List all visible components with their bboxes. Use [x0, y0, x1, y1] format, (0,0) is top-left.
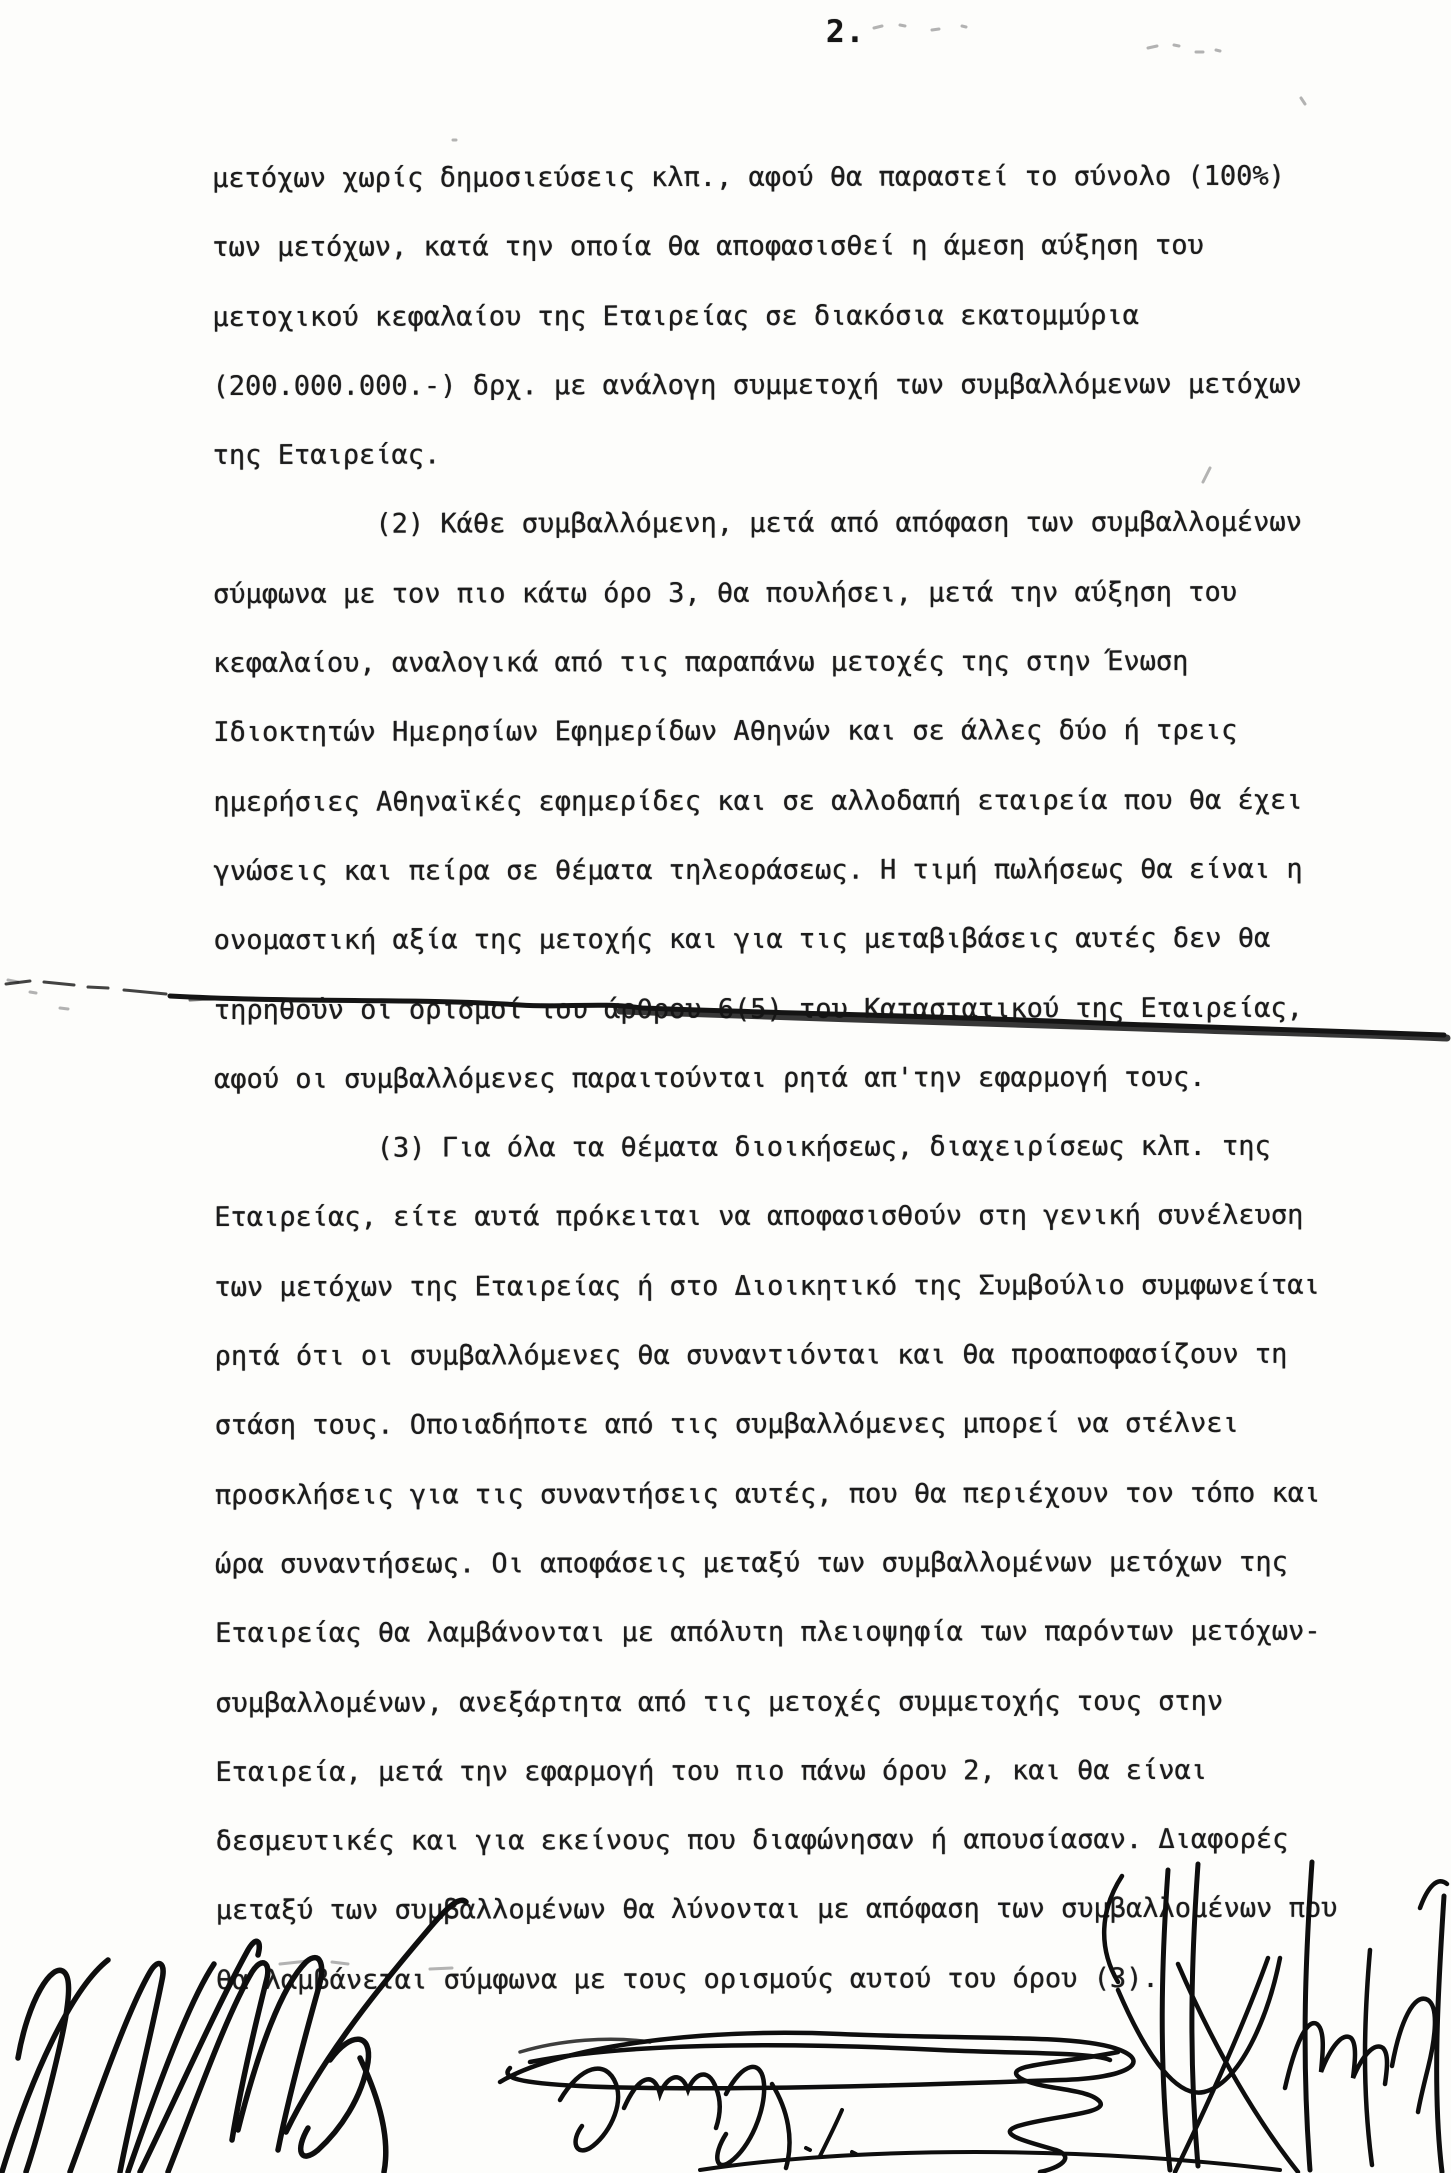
text-line: Εταιρεία, μετά την εφαρμογή του πιο πάνω… [215, 1735, 1337, 1807]
text-line: κεφαλαίου, αναλογικά από τις παραπάνω με… [213, 627, 1335, 699]
text-line: δεσμευτικές και για εκείνους που διαφώνη… [215, 1805, 1337, 1877]
text-line: (3) Για όλα τα θέματα διοικήσεως, διαχει… [214, 1112, 1336, 1184]
text-line: μετοχικού κεφαλαίου της Εταιρείας σε δια… [212, 280, 1334, 352]
text-line: των μετόχων της Εταιρείας ή στο Διοικητι… [214, 1250, 1336, 1322]
text-line: τηρηθούν οι ορισμοί του άρθρου 6(5) του … [214, 973, 1336, 1045]
text-line: ώρα συναντήσεως. Οι αποφάσεις μεταξύ των… [215, 1528, 1337, 1600]
text-line: της Εταιρείας. [213, 419, 1335, 491]
page-number: 2. [826, 14, 865, 50]
text-line: των μετόχων, κατά την οποία θα αποφασισθ… [212, 211, 1334, 283]
text-line: στάση τους. Οποιαδήποτε από τις συμβαλλό… [215, 1389, 1337, 1461]
text-line: γνώσεις και πείρα σε θέματα τηλεοράσεως.… [213, 835, 1335, 907]
text-line: (2) Κάθε συμβαλλόμενη, μετά από απόφαση … [213, 488, 1335, 560]
text-line: ρητά ότι οι συμβαλλόμενες θα συναντιόντα… [214, 1320, 1336, 1392]
text-line: (200.000.000.-) δρχ. με ανάλογη συμμετοχ… [212, 350, 1334, 422]
text-line: ημερήσιες Αθηναϊκές εφημερίδες και σε αλ… [213, 765, 1335, 837]
text-line: σύμφωνα με τον πιο κάτω όρο 3, θα πουλήσ… [213, 557, 1335, 629]
text-line: ονομαστική αξία της μετοχής και για τις … [214, 904, 1336, 976]
end-mark [806, 2110, 856, 2156]
text-line: συμβαλλομένων, ανεξάρτητα από τις μετοχέ… [215, 1666, 1337, 1738]
scanned-contract-page: 2. μετόχων χωρίς δημοσιεύσεις κλπ., αφού… [0, 0, 1451, 2173]
text-line: Εταιρείας θα λαμβάνονται με απόλυτη πλει… [215, 1597, 1337, 1669]
text-line: αφού οι συμβαλλόμενες παραιτούνται ρητά … [214, 1043, 1336, 1115]
signature-center [520, 2039, 856, 2168]
contract-body-text: μετόχων χωρίς δημοσιεύσεις κλπ., αφού θα… [212, 142, 1338, 2015]
text-line: θα λαμβάνεται σύμφωνα με τους ορισμούς α… [216, 1943, 1338, 2015]
text-line: Ιδιοκτητών Ημερησίων Εφημερίδων Αθηνών κ… [213, 696, 1335, 768]
text-line: μεταξύ των συμβαλλομένων θα λύνονται με … [216, 1874, 1338, 1946]
text-line: μετόχων χωρίς δημοσιεύσεις κλπ., αφού θα… [212, 142, 1334, 214]
text-line: Εταιρείας, είτε αυτά πρόκειται να αποφασ… [214, 1181, 1336, 1253]
signature-center-loops [500, 2033, 1280, 2172]
text-line: προσκλήσεις για τις συναντήσεις αυτές, π… [215, 1458, 1337, 1530]
